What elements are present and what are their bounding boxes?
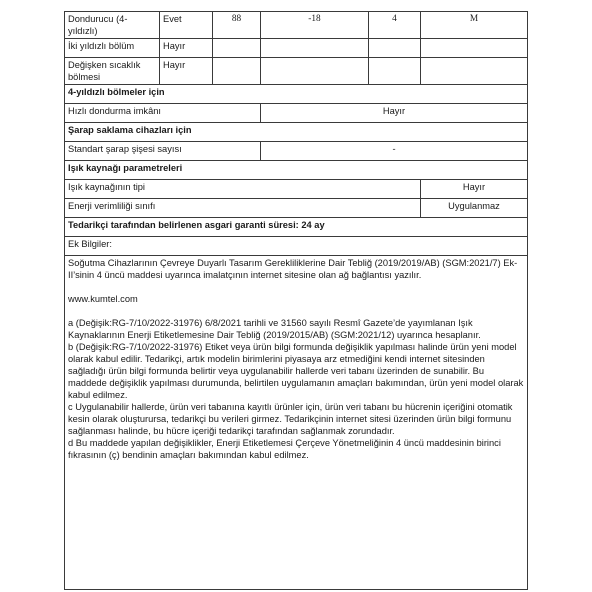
compartment-present: Hayır (160, 58, 213, 85)
compartment-present: Hayır (160, 39, 213, 58)
extra-info-row: Ek Bilgiler: (65, 237, 528, 256)
compartment-value: 4 (369, 12, 421, 39)
table-row: Standart şarap şişesi sayısı - (65, 142, 528, 161)
wine-heading: Şarap saklama cihazları için (65, 123, 528, 142)
note-c: c Uygulanabilir hallerde, ürün veri taba… (68, 401, 524, 437)
compartment-name: Dondurucu (4-yıldızlı) (65, 12, 160, 39)
notes-row: Soğutma Cihazlarının Çevreye Duyarlı Tas… (65, 256, 528, 590)
compartment-value (369, 39, 421, 58)
compartment-value (213, 39, 261, 58)
warranty-text: Tedarikçi tarafından belirlenen asgari g… (65, 218, 528, 237)
note-a: a (Değişik:RG-7/10/2022-31976) 6/8/2021 … (68, 317, 524, 341)
warranty-row: Tedarikçi tarafından belirlenen asgari g… (65, 218, 528, 237)
extra-info-label: Ek Bilgiler: (65, 237, 528, 256)
notes-intro: Soğutma Cihazlarının Çevreye Duyarlı Tas… (68, 257, 524, 281)
wine-bottles-value: - (261, 142, 528, 161)
table-row: Dondurucu (4-yıldızlı) Evet 88 -18 4 M (65, 12, 528, 39)
compartment-value: -18 (261, 12, 369, 39)
product-info-table: Dondurucu (4-yıldızlı) Evet 88 -18 4 M İ… (64, 11, 528, 590)
wine-bottles-label: Standart şarap şişesi sayısı (65, 142, 261, 161)
table-row: İki yıldızlı bölüm Hayır (65, 39, 528, 58)
table-row: Enerji verimliliği sınıfı Uygulanmaz (65, 199, 528, 218)
energy-class-label: Enerji verimliliği sınıfı (65, 199, 421, 218)
light-type-label: Işık kaynağının tipi (65, 180, 421, 199)
table-row: Işık kaynağının tipi Hayır (65, 180, 528, 199)
note-d: d Bu maddede yapılan değişiklikler, Ener… (68, 437, 524, 461)
compartment-value (421, 58, 528, 85)
website-link[interactable]: www.kumtel.com (68, 293, 524, 305)
compartment-value (261, 58, 369, 85)
light-heading: Işık kaynağı parametreleri (65, 161, 528, 180)
compartment-name: İki yıldızlı bölüm (65, 39, 160, 58)
energy-class-value: Uygulanmaz (421, 199, 528, 218)
notes-cell: Soğutma Cihazlarının Çevreye Duyarlı Tas… (65, 256, 528, 590)
table-row: Değişken sıcaklık bölmesi Hayır (65, 58, 528, 85)
table-row: Hızlı dondurma imkânı Hayır (65, 104, 528, 123)
section-heading-row: Işık kaynağı parametreleri (65, 161, 528, 180)
section-heading-row: 4-yıldızlı bölmeler için (65, 85, 528, 104)
four-star-heading: 4-yıldızlı bölmeler için (65, 85, 528, 104)
compartment-value: M (421, 12, 528, 39)
compartment-value (261, 39, 369, 58)
compartment-value (213, 58, 261, 85)
fast-freeze-label: Hızlı dondurma imkânı (65, 104, 261, 123)
section-heading-row: Şarap saklama cihazları için (65, 123, 528, 142)
fast-freeze-value: Hayır (261, 104, 528, 123)
compartment-present: Evet (160, 12, 213, 39)
light-type-value: Hayır (421, 180, 528, 199)
compartment-value (369, 58, 421, 85)
compartment-name: Değişken sıcaklık bölmesi (65, 58, 160, 85)
note-b: b (Değişik:RG-7/10/2022-31976) Etiket ve… (68, 341, 524, 401)
compartment-value (421, 39, 528, 58)
compartment-value: 88 (213, 12, 261, 39)
